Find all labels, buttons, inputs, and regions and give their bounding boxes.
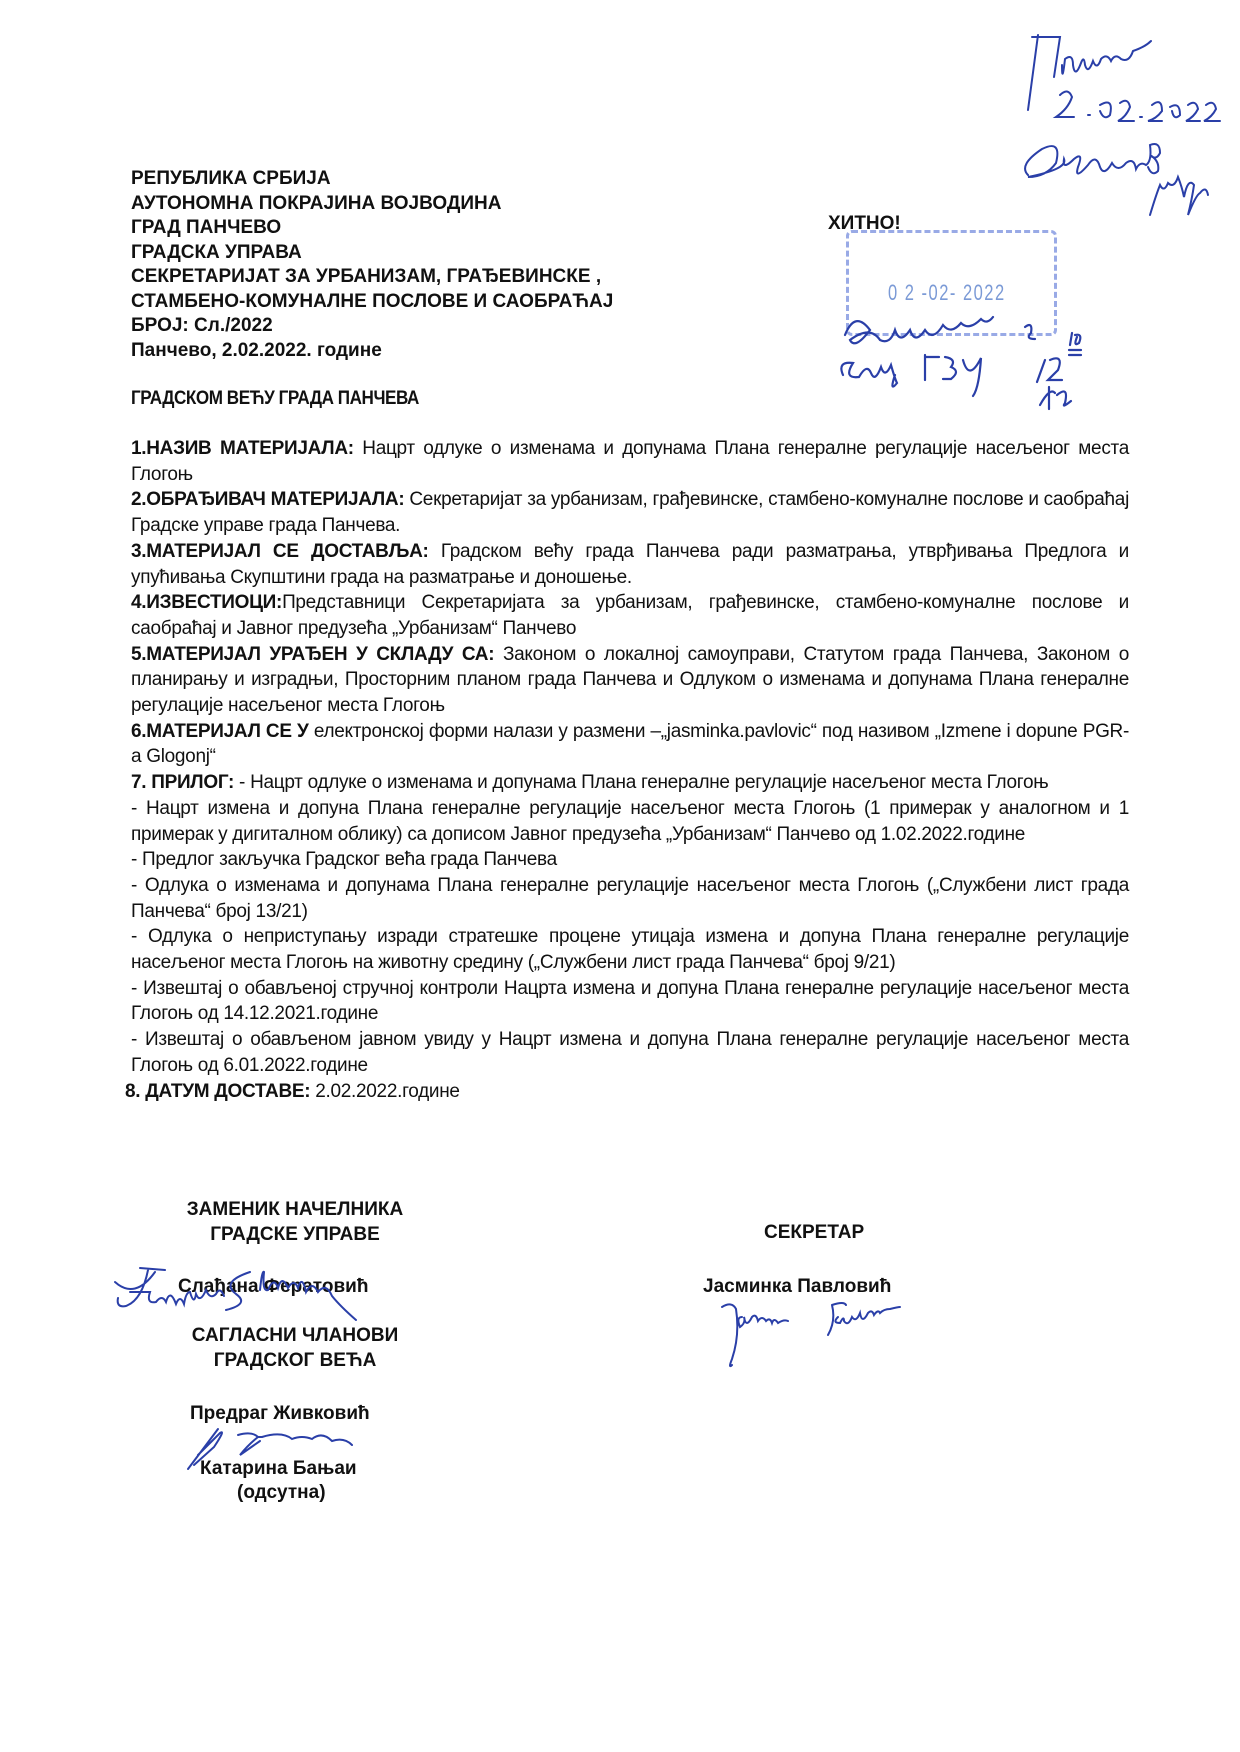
item-label: 4.ИЗВЕСТИОЦИ: xyxy=(131,592,282,613)
item-delivery-date: 8. ДАТУМ ДОСТАВЕ: 2.02.2022.године xyxy=(125,1079,1129,1105)
stamp-date: 0 2 -02- 2022 xyxy=(888,280,1006,306)
item-label: 7. ПРИЛОГ: xyxy=(131,772,234,793)
item-text: 2.02.2022.године xyxy=(310,1081,459,1102)
council-members-title-line2: ГРАДСКОГ ВЕЋА xyxy=(160,1348,430,1373)
item-material-name: 1.НАЗИВ МАТЕРИЈАЛА: Нацрт одлуке о измен… xyxy=(131,436,1129,487)
council-member-name: Катарина Бањаи xyxy=(200,1458,357,1480)
document-header: РЕПУБЛИКА СРБИЈА АУТОНОМНА ПОКРАЈИНА ВОЈ… xyxy=(131,167,613,363)
secretary-signature xyxy=(720,1295,950,1370)
item-text: - Нацрт одлуке о изменама и допунама Пла… xyxy=(234,772,1048,793)
council-member-absent-note: (одсутна) xyxy=(237,1482,326,1504)
document-page: РЕПУБЛИКА СРБИЈА АУТОНОМНА ПОКРАЈИНА ВОЈ… xyxy=(0,0,1240,1752)
item-rapporteurs: 4.ИЗВЕСТИОЦИ:Представници Секретаријата … xyxy=(131,590,1129,641)
item-material-author: 2.ОБРАЂИВАЧ МАТЕРИЈАЛА: Секретаријат за … xyxy=(131,487,1129,538)
secretary-title: СЕКРЕТАР xyxy=(764,1222,864,1244)
item-material-delivered-to: 3.МАТЕРИЈАЛ СЕ ДОСТАВЉА: Градском већу г… xyxy=(131,539,1129,590)
header-line-province: АУТОНОМНА ПОКРАЈИНА ВОЈВОДИНА xyxy=(131,192,613,217)
secretary-name: Јасминка Павловић xyxy=(703,1276,891,1298)
item-label: 2.ОБРАЂИВАЧ МАТЕРИЈАЛА: xyxy=(131,489,404,510)
council-members-title: САГЛАСНИ ЧЛАНОВИ ГРАДСКОГ ВЕЋА xyxy=(160,1323,430,1373)
header-line-administration: ГРАДСКА УПРАВА xyxy=(131,241,613,266)
header-line-secretariat-1: СЕКРЕТАРИЈАТ ЗА УРБАНИЗАМ, ГРАЂЕВИНСКЕ , xyxy=(131,265,613,290)
attachment-list-item: - Одлука о изменама и допунама Плана ген… xyxy=(131,873,1129,924)
attachment-list-item: - Нацрт измена и допуна Плана генералне … xyxy=(131,796,1129,847)
header-line-secretariat-2: СТАМБЕНО-КОМУНАЛНЕ ПОСЛОВЕ И САОБРАЋАЈ xyxy=(131,290,613,315)
attachment-list-item: - Извештај о обављеном јавном увиду у На… xyxy=(131,1027,1129,1078)
item-electronic-location: 6.МАТЕРИЈАЛ СЕ У електронској форми нала… xyxy=(131,719,1129,770)
document-body: 1.НАЗИВ МАТЕРИЈАЛА: Нацрт одлуке о измен… xyxy=(131,436,1129,1104)
header-line-city: ГРАД ПАНЧЕВО xyxy=(131,216,613,241)
header-line-number: БРОЈ: Сл./2022 xyxy=(131,314,613,339)
item-label: 8. ДАТУМ ДОСТАВЕ: xyxy=(125,1081,310,1102)
deputy-head-title-line2: ГРАДСКЕ УПРАВЕ xyxy=(160,1222,430,1247)
deputy-head-name: Слађана Фератовић xyxy=(178,1276,368,1298)
item-label: 5.МАТЕРИЈАЛ УРАЂЕН У СКЛАДУ СА: xyxy=(131,644,494,665)
item-attachments: 7. ПРИЛОГ: - Нацрт одлуке о изменама и д… xyxy=(131,770,1129,796)
attachment-list-item: - Одлука о неприступању изради стратешке… xyxy=(131,924,1129,975)
attachment-list-item: - Предлог закључка Градског већа града П… xyxy=(131,847,1129,873)
addressee-heading: ГРАДСКОМ ВЕЋУ ГРАДА ПАНЧЕВА xyxy=(131,388,419,410)
receipt-handwritten-note xyxy=(1000,25,1240,225)
council-members-title-line1: САГЛАСНИ ЧЛАНОВИ xyxy=(160,1323,430,1348)
attachment-list-item: - Извештај о обављеној стручној контроли… xyxy=(131,976,1129,1027)
item-legal-basis: 5.МАТЕРИЈАЛ УРАЂЕН У СКЛАДУ СА: Законом … xyxy=(131,642,1129,719)
deputy-head-title-line1: ЗАМЕНИК НАЧЕЛНИКА xyxy=(160,1197,430,1222)
item-label: 1.НАЗИВ МАТЕРИЈАЛА: xyxy=(131,438,354,459)
item-label: 3.МАТЕРИЈАЛ СЕ ДОСТАВЉА: xyxy=(131,541,429,562)
header-line-country: РЕПУБЛИКА СРБИЈА xyxy=(131,167,613,192)
deputy-head-title: ЗАМЕНИК НАЧЕЛНИКА ГРАДСКЕ УПРАВЕ xyxy=(160,1197,430,1247)
header-line-date: Панчево, 2.02.2022. године xyxy=(131,339,613,364)
item-label: 6.МАТЕРИЈАЛ СЕ У xyxy=(131,721,309,742)
council-member-name: Предраг Живковић xyxy=(190,1403,370,1425)
